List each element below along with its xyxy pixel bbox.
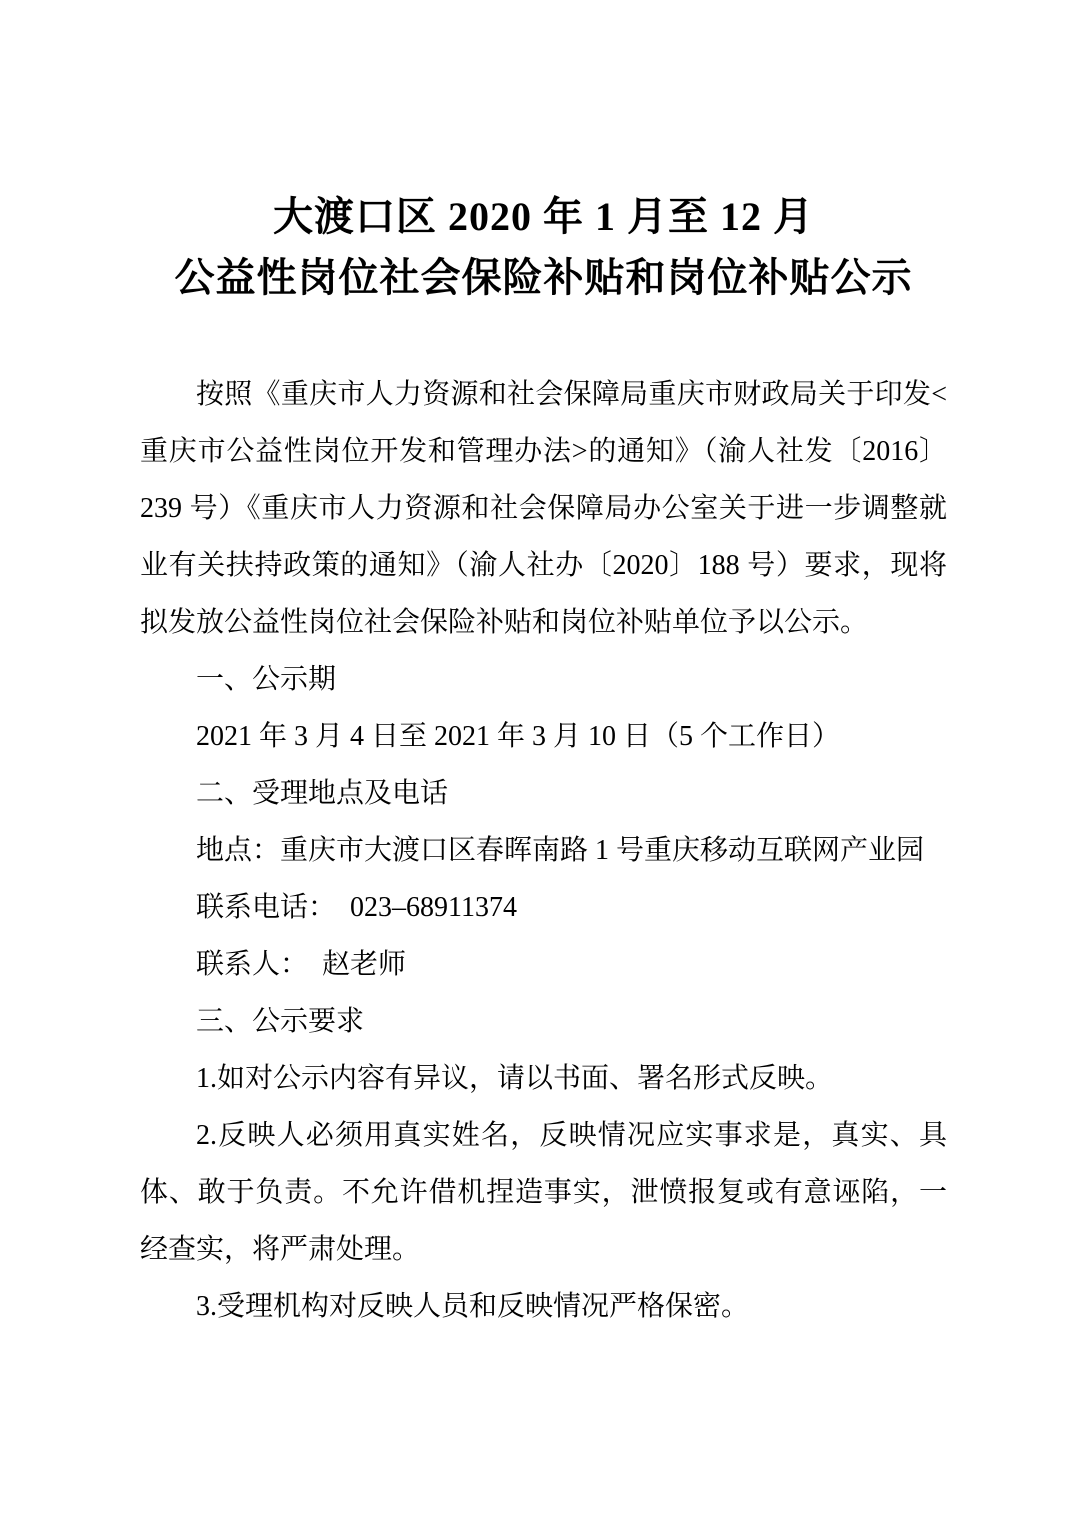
paragraph: 二、受理地点及电话 xyxy=(140,765,947,822)
paragraph: 联系电话： 023–68911374 xyxy=(140,879,947,936)
paragraph: 地点：重庆市大渡口区春晖南路 1 号重庆移动互联网产业园 xyxy=(140,822,947,879)
document-body: 按照《重庆市人力资源和社会保障局重庆市财政局关于印发<重庆市公益性岗位开发和管理… xyxy=(140,366,947,1335)
paragraph: 一、公示期 xyxy=(140,651,947,708)
title-line-1: 大渡口区 2020 年 1 月至 12 月 xyxy=(140,186,947,247)
paragraph: 三、公示要求 xyxy=(140,993,947,1050)
document-title: 大渡口区 2020 年 1 月至 12 月 公益性岗位社会保险补贴和岗位补贴公示 xyxy=(140,186,947,308)
paragraph: 按照《重庆市人力资源和社会保障局重庆市财政局关于印发<重庆市公益性岗位开发和管理… xyxy=(140,366,947,651)
paragraph: 1.如对公示内容有异议，请以书面、署名形式反映。 xyxy=(140,1050,947,1107)
document-page: 大渡口区 2020 年 1 月至 12 月 公益性岗位社会保险补贴和岗位补贴公示… xyxy=(0,0,1074,1520)
paragraph: 2.反映人必须用真实姓名，反映情况应实事求是，真实、具体、敢于负责。不允许借机捏… xyxy=(140,1107,947,1278)
paragraph: 3.受理机构对反映人员和反映情况严格保密。 xyxy=(140,1278,947,1335)
title-line-2: 公益性岗位社会保险补贴和岗位补贴公示 xyxy=(140,247,947,308)
paragraph: 联系人： 赵老师 xyxy=(140,936,947,993)
paragraph: 2021 年 3 月 4 日至 2021 年 3 月 10 日（5 个工作日） xyxy=(140,708,947,765)
